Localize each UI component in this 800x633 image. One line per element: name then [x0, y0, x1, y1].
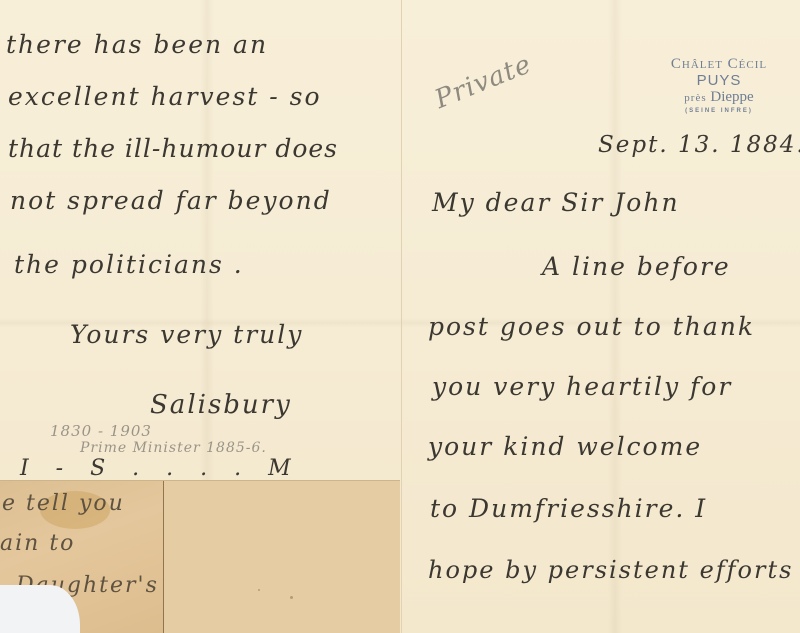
signature: Salisbury [150, 390, 292, 420]
salutation: My dear Sir John [432, 188, 680, 217]
letter-line: the politicians . [14, 250, 244, 279]
letterhead-name: Châlet Cécil [644, 56, 794, 73]
letter-line: not spread far beyond [10, 186, 332, 215]
letter-line: there has been an [6, 30, 268, 59]
paper-spot [258, 589, 260, 591]
pencil-annotation-title: Prime Minister 1885-6. [80, 440, 267, 456]
letter-line: hope by persistent efforts [428, 556, 793, 584]
letter-line: post goes out to thank [428, 312, 755, 341]
letter-line: to Dumfriesshire. I [430, 494, 707, 523]
closing: Yours very truly [70, 320, 303, 349]
letter-line: excellent harvest - so [8, 82, 322, 111]
letter-line: A line before [542, 252, 731, 281]
paper-spot [290, 596, 293, 599]
letter-line: your kind welcome [428, 432, 702, 461]
letterhead-near-prefix: près [684, 92, 706, 104]
letter-line: that the ill-humour does [8, 134, 338, 163]
letterhead: Châlet Cécil PUYS près Dieppe (SEINE INF… [644, 56, 794, 116]
pencil-annotation-dates: 1830 - 1903 [50, 422, 152, 440]
partial-line: I - S . . . . M [20, 456, 301, 481]
torn-corner [0, 585, 80, 633]
fragment-line: e tell you [2, 491, 125, 516]
letter-line: you very heartily for [432, 372, 732, 401]
letter-date: Sept. 13. 1884. [598, 132, 800, 158]
letterhead-department: (SEINE INFRE) [644, 106, 794, 116]
letterhead-place: PUYS [644, 73, 794, 89]
letterhead-near-town: Dieppe [710, 89, 753, 105]
marginal-note: Private [431, 49, 536, 115]
fragment-line: ain to [0, 531, 75, 556]
letterhead-near: près Dieppe [644, 89, 794, 106]
